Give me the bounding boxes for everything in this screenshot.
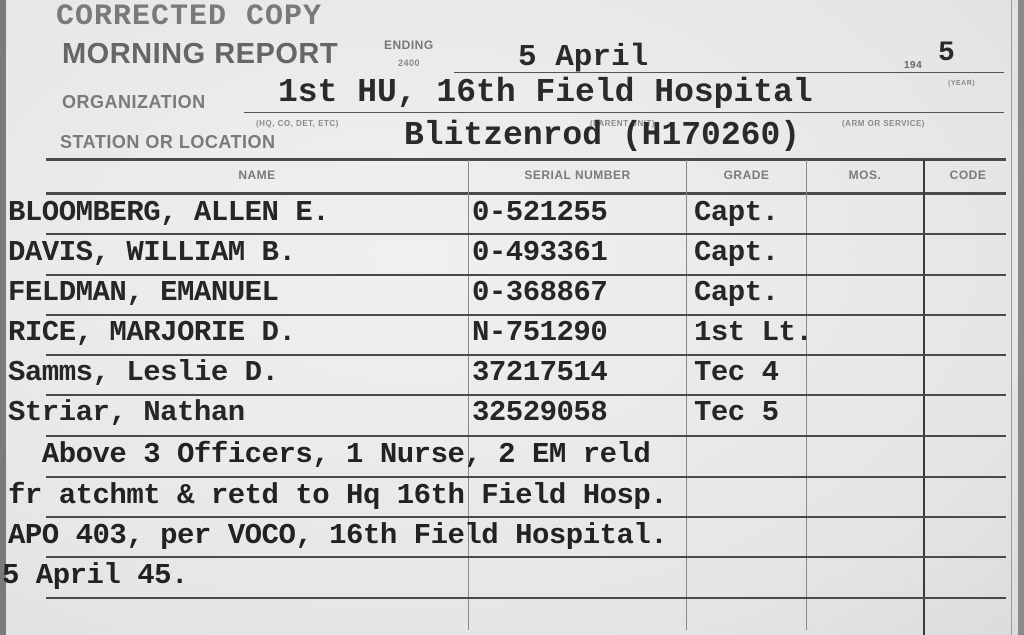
corrected-copy-stamp: CORRECTED COPY: [56, 0, 322, 34]
row-serial: 0-368867: [472, 276, 607, 309]
year-prefix: 194: [904, 60, 922, 71]
remarks-line: Above 3 Officers, 1 Nurse, 2 EM reld: [8, 438, 650, 471]
col-header-code: CODE: [925, 168, 1011, 182]
col-header-mos: MOS.: [807, 168, 923, 182]
row-name: Striar, Nathan: [8, 396, 245, 429]
remarks-line: 5 April 45.: [2, 559, 188, 592]
row-serial: 32529058: [472, 396, 607, 429]
row-grade: Tec 5: [694, 396, 779, 429]
row-serial: 0-493361: [472, 236, 607, 269]
row-rule: [46, 597, 1006, 599]
organization-underline: [244, 112, 1004, 113]
row-grade: Capt.: [694, 236, 779, 269]
ending-label: ENDING: [384, 38, 434, 52]
row-grade: Capt.: [694, 276, 779, 309]
row-name: Samms, Leslie D.: [8, 356, 278, 389]
row-serial: 0-521255: [472, 196, 607, 229]
table-header-rule: [46, 192, 1006, 195]
row-rule: [46, 435, 1006, 437]
org-caption: (HQ, CO, DET, ETC): [256, 119, 339, 128]
col-divider-code: [923, 160, 925, 635]
remarks-line: APO 403, per VOCO, 16th Field Hospital.: [8, 519, 667, 552]
row-rule: [46, 476, 1006, 478]
col-header-serial: SERIAL NUMBER: [469, 168, 686, 182]
row-rule: [46, 233, 1006, 235]
table-top-rule: [46, 158, 1006, 161]
form-title: MORNING REPORT: [62, 38, 338, 71]
service-caption: (ARM OR SERVICE): [842, 119, 925, 128]
row-serial: N-751290: [472, 316, 607, 349]
row-grade: Capt.: [694, 196, 779, 229]
row-name: FELDMAN, EMANUEL: [8, 276, 278, 309]
station-label: STATION OR LOCATION: [60, 132, 275, 153]
organization-value: 1st HU, 16th Field Hospital: [278, 74, 813, 111]
row-grade: Tec 4: [694, 356, 779, 389]
report-date: 5 April: [518, 40, 648, 75]
card-edge-right: [1018, 0, 1024, 635]
row-name: DAVIS, WILLIAM B.: [8, 236, 295, 269]
row-name: BLOOMBERG, ALLEN E.: [8, 196, 329, 229]
row-serial: 37217514: [472, 356, 607, 389]
table-right-edge: [1011, 0, 1012, 635]
station-value: Blitzenrod (H170260): [404, 117, 800, 154]
col-header-name: NAME: [46, 168, 468, 182]
col-header-grade: GRADE: [687, 168, 806, 182]
remarks-line: fr atchmt & retd to Hq 16th Field Hosp.: [8, 479, 667, 512]
row-rule: [46, 516, 1006, 518]
ending-time: 2400: [398, 58, 420, 68]
organization-label: ORGANIZATION: [62, 92, 206, 113]
row-rule: [46, 556, 1006, 558]
morning-report-card: CORRECTED COPY MORNING REPORT ENDING 240…: [6, 0, 1018, 635]
row-name: RICE, MARJORIE D.: [8, 316, 295, 349]
report-year-digit: 5: [938, 38, 955, 69]
year-caption: (YEAR): [948, 80, 975, 87]
row-grade: 1st Lt.: [694, 316, 812, 349]
